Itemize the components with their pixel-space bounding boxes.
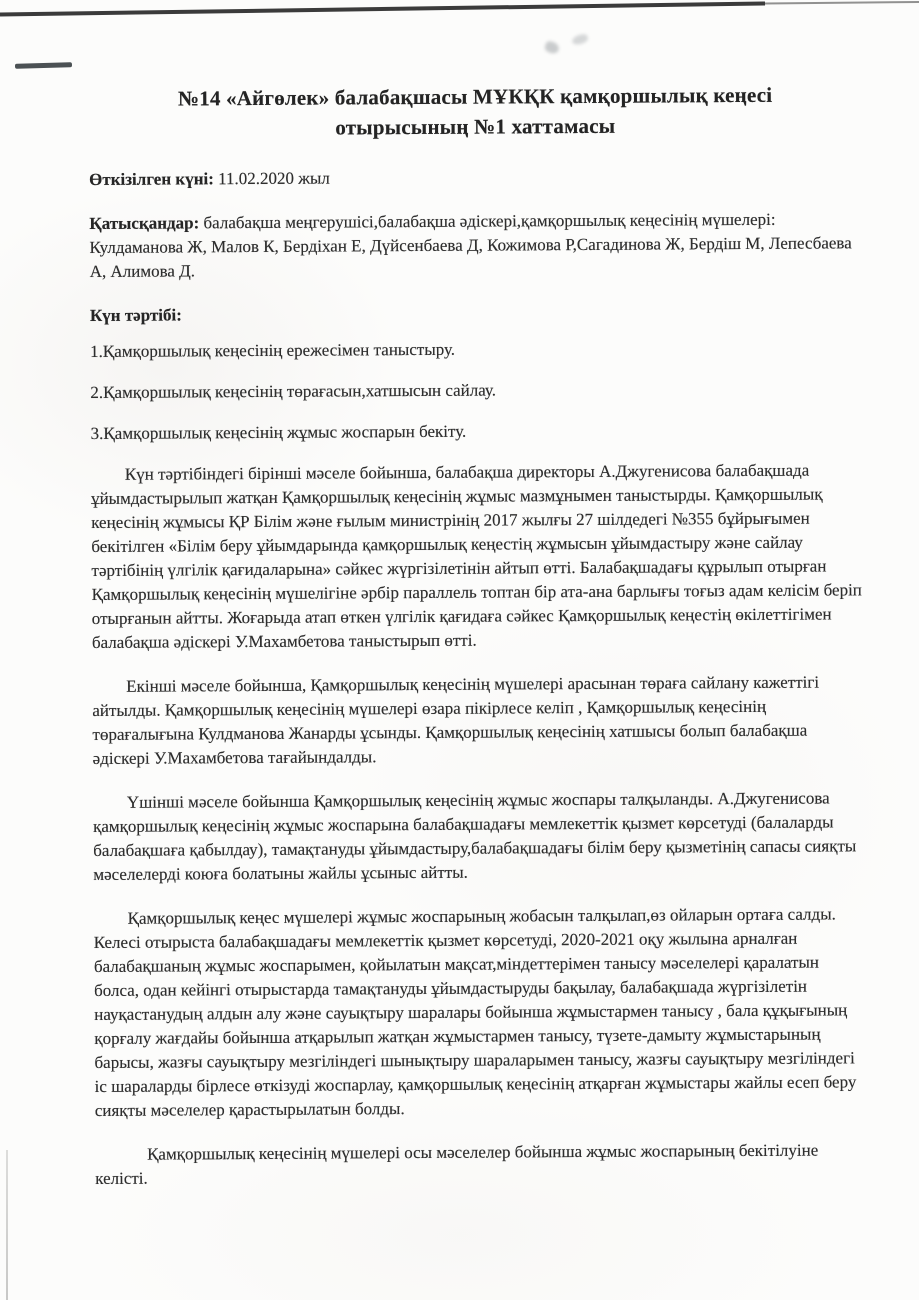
participants: Қатысқандар: балабақша меңгерушісі,балаб… bbox=[89, 207, 862, 284]
body-paragraph-2: Екінші мәселе бойынша, Қамқоршылық кеңес… bbox=[92, 670, 866, 771]
document-title-line1: №14 «Айгөлек» балабақшасы МҰКҚК қамқоршы… bbox=[89, 79, 862, 114]
document-body: №14 «Айгөлек» балабақшасы МҰКҚК қамқоршы… bbox=[88, 0, 868, 1211]
body-paragraph-1: Күн тәртібіндегі бірінші мәселе бойынша,… bbox=[91, 458, 865, 655]
participants-label: Қатысқандар: bbox=[89, 213, 199, 233]
body-paragraph-5: Қамқоршылық кеңесінің мүшелері осы мәсел… bbox=[95, 1138, 868, 1191]
participants-text: балабақша меңгерушісі,балабақша әдіскері… bbox=[89, 210, 851, 281]
agenda-item-3: 3.Қамқоршылық кеңесінің жұмыс жоспарын б… bbox=[91, 417, 864, 446]
meeting-date: Өткізілген күні: 11.02.2020 жыл bbox=[89, 163, 862, 192]
document-title-line2: отырысының №1 хаттамасы bbox=[89, 109, 862, 144]
agenda-heading: Күн тәртібі: bbox=[90, 299, 863, 328]
document-title: №14 «Айгөлек» балабақшасы МҰКҚК қамқоршы… bbox=[89, 79, 862, 144]
scan-mark-dash bbox=[15, 62, 72, 69]
scan-edge-shadow bbox=[6, 1150, 8, 1300]
body-paragraph-3: Үшінші мәселе бойынша Қамқоршылық кеңесі… bbox=[93, 786, 867, 887]
meeting-date-label: Өткізілген күні: bbox=[89, 169, 214, 189]
body-paragraph-4: Қамқоршылық кеңес мүшелері жұмыс жоспары… bbox=[94, 902, 868, 1123]
meeting-date-value: 11.02.2020 жыл bbox=[218, 169, 330, 189]
scanned-page: №14 «Айгөлек» балабақшасы МҰКҚК қамқоршы… bbox=[0, 0, 919, 1300]
agenda-item-1: 1.Қамқоршылық кеңесінің ережесімен таныс… bbox=[90, 335, 863, 364]
agenda-item-2: 2.Қамқоршылық кеңесінің төрағасын,хатшыс… bbox=[90, 376, 863, 405]
